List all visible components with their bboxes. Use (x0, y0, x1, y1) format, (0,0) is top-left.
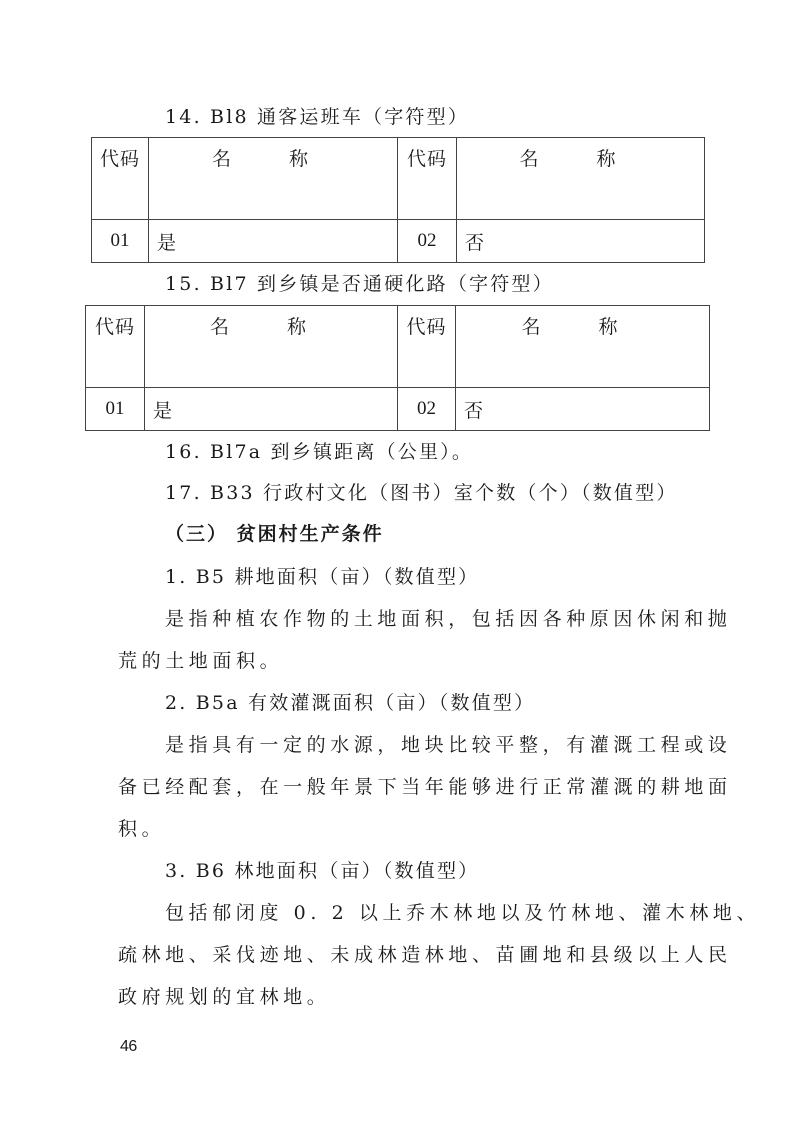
sub1-desc-line1: 是指种植农作物的土地面积，包括因各种原因休闲和抛 (165, 607, 731, 631)
table-hardened-road: 代码 名 称 代码 名 称 01 是 02 否 (85, 305, 710, 431)
item-14-title: 14. Bl8 通客运班车（字符型） (165, 105, 469, 129)
sub2-desc-line2: 备已经配套，在一般年景下当年能够进行正常灌溉的耕地面 (118, 775, 732, 799)
code-cell: 01 (86, 388, 145, 431)
header-code-2: 代码 (398, 306, 456, 388)
sub2-desc-line1: 是指具有一定的水源，地块比较平整，有灌溉工程或设 (165, 733, 731, 757)
table-passenger-bus: 代码 名 称 代码 名 称 01 是 02 否 (91, 137, 705, 263)
item-15-title: 15. Bl7 到乡镇是否通硬化路（字符型） (165, 272, 554, 296)
sub3-title: 3. B6 林地面积（亩）（数值型） (165, 859, 479, 883)
page-number: 46 (120, 1038, 137, 1056)
item-17-title: 17. B33 行政村文化（图书）室个数（个）（数值型） (165, 481, 678, 505)
header-name-1: 名 称 (149, 138, 398, 220)
item-16-title: 16. Bl7a 到乡镇距离（公里）。 (165, 440, 473, 464)
code-cell: 02 (398, 388, 456, 431)
section-heading: （三） 贫困村生产条件 (165, 522, 384, 546)
name-cell: 是 (145, 388, 398, 431)
sub3-desc-line3: 政府规划的宜林地。 (118, 985, 330, 1009)
sub1-title: 1. B5 耕地面积（亩）（数值型） (165, 565, 479, 589)
header-code-1: 代码 (86, 306, 145, 388)
sub3-desc-line2: 疏林地、采伐迹地、未成林造林地、苗圃地和县级以上人民 (118, 943, 732, 967)
sub3-desc-line1: 包括郁闭度 0. 2 以上乔木林地以及竹林地、灌木林地、 (165, 901, 760, 925)
sub2-title: 2. B5a 有效灌溉面积（亩）（数值型） (165, 691, 535, 715)
header-code-1: 代码 (92, 138, 149, 220)
name-cell: 是 (149, 220, 398, 263)
table-header-row: 代码 名 称 代码 名 称 (86, 306, 710, 388)
code-cell: 01 (92, 220, 149, 263)
table-row: 01 是 02 否 (92, 220, 705, 263)
header-name-1: 名 称 (145, 306, 398, 388)
name-cell: 否 (456, 388, 710, 431)
header-name-2: 名 称 (457, 138, 705, 220)
name-cell: 否 (457, 220, 705, 263)
sub1-desc-line2: 荒的土地面积。 (118, 649, 283, 673)
header-name-2: 名 称 (456, 306, 710, 388)
code-cell: 02 (398, 220, 457, 263)
table-row: 01 是 02 否 (86, 388, 710, 431)
table-header-row: 代码 名 称 代码 名 称 (92, 138, 705, 220)
header-code-2: 代码 (398, 138, 457, 220)
sub2-desc-line3: 积。 (118, 817, 165, 841)
